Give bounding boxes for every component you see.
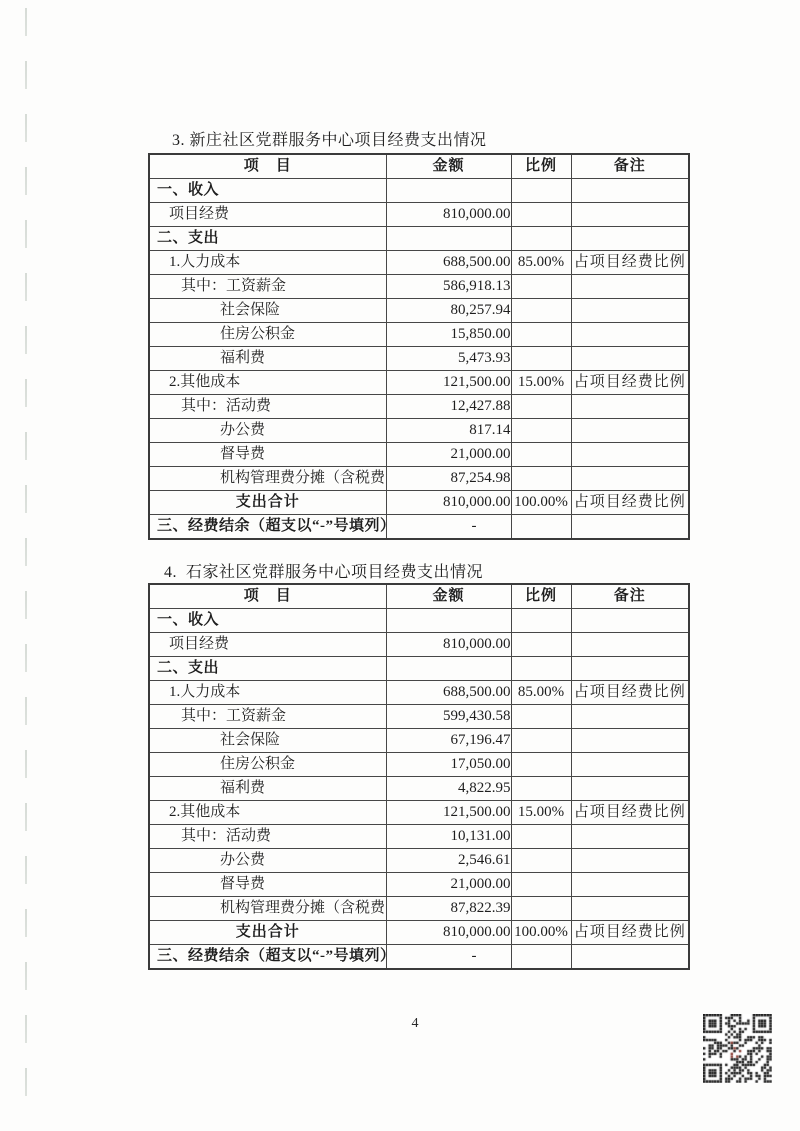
item-cell: 其中：工资薪金	[149, 705, 386, 729]
item-cell: 督导费	[149, 873, 386, 897]
note-cell	[571, 347, 689, 371]
item-cell: 住房公积金	[149, 753, 386, 777]
note-cell	[571, 203, 689, 227]
table-row: 项目经费810,000.00	[149, 633, 689, 657]
amount-cell: 4,822.95	[386, 777, 511, 801]
ratio-cell	[511, 657, 571, 681]
amount-cell: 810,000.00	[386, 203, 511, 227]
item-cell: 支出合计	[149, 921, 386, 945]
ratio-cell	[511, 227, 571, 251]
amount-cell: -	[386, 515, 511, 540]
amount-cell: 5,473.93	[386, 347, 511, 371]
item-cell: 办公费	[149, 419, 386, 443]
note-cell	[571, 777, 689, 801]
ratio-cell: 100.00%	[511, 491, 571, 515]
amount-cell: 121,500.00	[386, 801, 511, 825]
document-page: 3. 新庄社区党群服务中心项目经费支出情况 项 目金额比例备注 一、收入项目经费…	[0, 0, 800, 1131]
table-row: 二、支出	[149, 227, 689, 251]
ratio-cell	[511, 729, 571, 753]
amount-cell	[386, 179, 511, 203]
note-cell: 占项目经费比例	[571, 921, 689, 945]
table-header-row: 项 目金额比例备注	[149, 154, 689, 179]
table-row: 1.人力成本688,500.0085.00%占项目经费比例	[149, 681, 689, 705]
ratio-cell	[511, 825, 571, 849]
item-cell: 社会保险	[149, 299, 386, 323]
amount-cell	[386, 227, 511, 251]
amount-cell: 810,000.00	[386, 633, 511, 657]
ratio-cell: 100.00%	[511, 921, 571, 945]
item-cell: 三、经费结余（超支以“-”号填列）	[149, 945, 386, 970]
amount-cell	[386, 609, 511, 633]
ratio-cell	[511, 179, 571, 203]
note-cell	[571, 323, 689, 347]
item-cell: 2.其他成本	[149, 371, 386, 395]
ratio-cell	[511, 945, 571, 970]
column-header: 比例	[511, 154, 571, 179]
table-row: 社会保险67,196.47	[149, 729, 689, 753]
item-cell: 项目经费	[149, 633, 386, 657]
amount-cell: 67,196.47	[386, 729, 511, 753]
note-cell: 占项目经费比例	[571, 491, 689, 515]
note-cell	[571, 467, 689, 491]
note-cell: 占项目经费比例	[571, 801, 689, 825]
amount-cell: 586,918.13	[386, 275, 511, 299]
table-row: 其中：活动费10,131.00	[149, 825, 689, 849]
table-row: 其中：工资薪金599,430.58	[149, 705, 689, 729]
item-cell: 办公费	[149, 849, 386, 873]
table-row: 支出合计810,000.00100.00%占项目经费比例	[149, 491, 689, 515]
amount-cell	[386, 657, 511, 681]
note-cell	[571, 179, 689, 203]
ratio-cell	[511, 467, 571, 491]
note-cell	[571, 275, 689, 299]
item-cell: 住房公积金	[149, 323, 386, 347]
item-cell: 督导费	[149, 443, 386, 467]
table-row: 二、支出	[149, 657, 689, 681]
expense-table-xinzhuang: 项 目金额比例备注 一、收入项目经费810,000.00二、支出1.人力成本68…	[148, 153, 690, 540]
item-cell: 其中：工资薪金	[149, 275, 386, 299]
table-row: 一、收入	[149, 179, 689, 203]
item-cell: 支出合计	[149, 491, 386, 515]
table-row: 福利费5,473.93	[149, 347, 689, 371]
table-row: 2.其他成本121,500.0015.00%占项目经费比例	[149, 801, 689, 825]
note-cell	[571, 849, 689, 873]
table-row: 项目经费810,000.00	[149, 203, 689, 227]
column-header: 金额	[386, 584, 511, 609]
amount-cell: 688,500.00	[386, 251, 511, 275]
ratio-cell: 85.00%	[511, 251, 571, 275]
item-cell: 一、收入	[149, 179, 386, 203]
note-cell	[571, 609, 689, 633]
note-cell	[571, 753, 689, 777]
item-cell: 社会保险	[149, 729, 386, 753]
column-header: 金额	[386, 154, 511, 179]
column-header: 备注	[571, 584, 689, 609]
column-header: 项 目	[149, 584, 386, 609]
column-header: 备注	[571, 154, 689, 179]
item-cell: 其中：活动费	[149, 395, 386, 419]
ratio-cell	[511, 299, 571, 323]
amount-cell: 599,430.58	[386, 705, 511, 729]
item-cell: 机构管理费分摊（含税费）	[149, 897, 386, 921]
column-header: 项 目	[149, 154, 386, 179]
item-cell: 其中：活动费	[149, 825, 386, 849]
table-row: 住房公积金15,850.00	[149, 323, 689, 347]
ratio-cell: 15.00%	[511, 371, 571, 395]
note-cell	[571, 873, 689, 897]
note-cell	[571, 897, 689, 921]
table-row: 督导费21,000.00	[149, 873, 689, 897]
amount-cell: 87,822.39	[386, 897, 511, 921]
ratio-cell	[511, 849, 571, 873]
amount-cell: 10,131.00	[386, 825, 511, 849]
table-row: 住房公积金17,050.00	[149, 753, 689, 777]
table-row: 1.人力成本688,500.0085.00%占项目经费比例	[149, 251, 689, 275]
table-row: 2.其他成本121,500.0015.00%占项目经费比例	[149, 371, 689, 395]
amount-cell: 87,254.98	[386, 467, 511, 491]
note-cell	[571, 395, 689, 419]
note-cell	[571, 705, 689, 729]
ratio-cell: 15.00%	[511, 801, 571, 825]
note-cell	[571, 299, 689, 323]
amount-cell: 688,500.00	[386, 681, 511, 705]
item-cell: 2.其他成本	[149, 801, 386, 825]
ratio-cell	[511, 897, 571, 921]
ratio-cell	[511, 443, 571, 467]
page-number: 4	[400, 1016, 430, 1032]
table-row: 督导费21,000.00	[149, 443, 689, 467]
amount-cell: 15,850.00	[386, 323, 511, 347]
amount-cell: 810,000.00	[386, 921, 511, 945]
section-3-title: 3. 新庄社区党群服务中心项目经费支出情况	[172, 127, 487, 150]
item-cell: 1.人力成本	[149, 251, 386, 275]
ratio-cell	[511, 323, 571, 347]
section-4-title: 4. 石家社区党群服务中心项目经费支出情况	[164, 559, 483, 582]
table-row: 福利费4,822.95	[149, 777, 689, 801]
expense-table-shijia: 项 目金额比例备注 一、收入项目经费810,000.00二、支出1.人力成本68…	[148, 583, 690, 970]
note-cell	[571, 419, 689, 443]
table-row: 社会保险80,257.94	[149, 299, 689, 323]
amount-cell: 12,427.88	[386, 395, 511, 419]
amount-cell: 21,000.00	[386, 873, 511, 897]
ratio-cell	[511, 753, 571, 777]
column-header: 比例	[511, 584, 571, 609]
note-cell	[571, 657, 689, 681]
note-cell	[571, 729, 689, 753]
table-row: 三、经费结余（超支以“-”号填列）-	[149, 515, 689, 540]
amount-cell: 2,546.61	[386, 849, 511, 873]
item-cell: 二、支出	[149, 227, 386, 251]
ratio-cell	[511, 395, 571, 419]
ratio-cell	[511, 705, 571, 729]
table-row: 机构管理费分摊（含税费）87,254.98	[149, 467, 689, 491]
note-cell	[571, 515, 689, 540]
item-cell: 机构管理费分摊（含税费）	[149, 467, 386, 491]
amount-cell: 810,000.00	[386, 491, 511, 515]
note-cell: 占项目经费比例	[571, 371, 689, 395]
ratio-cell	[511, 873, 571, 897]
table-row: 其中：活动费12,427.88	[149, 395, 689, 419]
amount-cell: -	[386, 945, 511, 970]
left-edge-scan-marks	[25, 8, 27, 1120]
note-cell	[571, 443, 689, 467]
ratio-cell	[511, 275, 571, 299]
table-row: 支出合计810,000.00100.00%占项目经费比例	[149, 921, 689, 945]
table-header-row: 项 目金额比例备注	[149, 584, 689, 609]
table-row: 办公费2,546.61	[149, 849, 689, 873]
ratio-cell	[511, 777, 571, 801]
ratio-cell	[511, 515, 571, 540]
note-cell	[571, 227, 689, 251]
amount-cell: 80,257.94	[386, 299, 511, 323]
note-cell	[571, 633, 689, 657]
ratio-cell	[511, 633, 571, 657]
ratio-cell	[511, 419, 571, 443]
item-cell: 一、收入	[149, 609, 386, 633]
table-row: 机构管理费分摊（含税费）87,822.39	[149, 897, 689, 921]
ratio-cell: 85.00%	[511, 681, 571, 705]
item-cell: 福利费	[149, 777, 386, 801]
qr-code-icon	[703, 1014, 772, 1083]
amount-cell: 17,050.00	[386, 753, 511, 777]
note-cell	[571, 825, 689, 849]
note-cell	[571, 945, 689, 970]
ratio-cell	[511, 203, 571, 227]
item-cell: 项目经费	[149, 203, 386, 227]
amount-cell: 121,500.00	[386, 371, 511, 395]
table-row: 三、经费结余（超支以“-”号填列）-	[149, 945, 689, 970]
amount-cell: 21,000.00	[386, 443, 511, 467]
item-cell: 福利费	[149, 347, 386, 371]
table-row: 一、收入	[149, 609, 689, 633]
ratio-cell	[511, 609, 571, 633]
note-cell: 占项目经费比例	[571, 681, 689, 705]
note-cell: 占项目经费比例	[571, 251, 689, 275]
item-cell: 1.人力成本	[149, 681, 386, 705]
table-row: 其中：工资薪金586,918.13	[149, 275, 689, 299]
ratio-cell	[511, 347, 571, 371]
item-cell: 三、经费结余（超支以“-”号填列）	[149, 515, 386, 540]
item-cell: 二、支出	[149, 657, 386, 681]
table-row: 办公费817.14	[149, 419, 689, 443]
amount-cell: 817.14	[386, 419, 511, 443]
